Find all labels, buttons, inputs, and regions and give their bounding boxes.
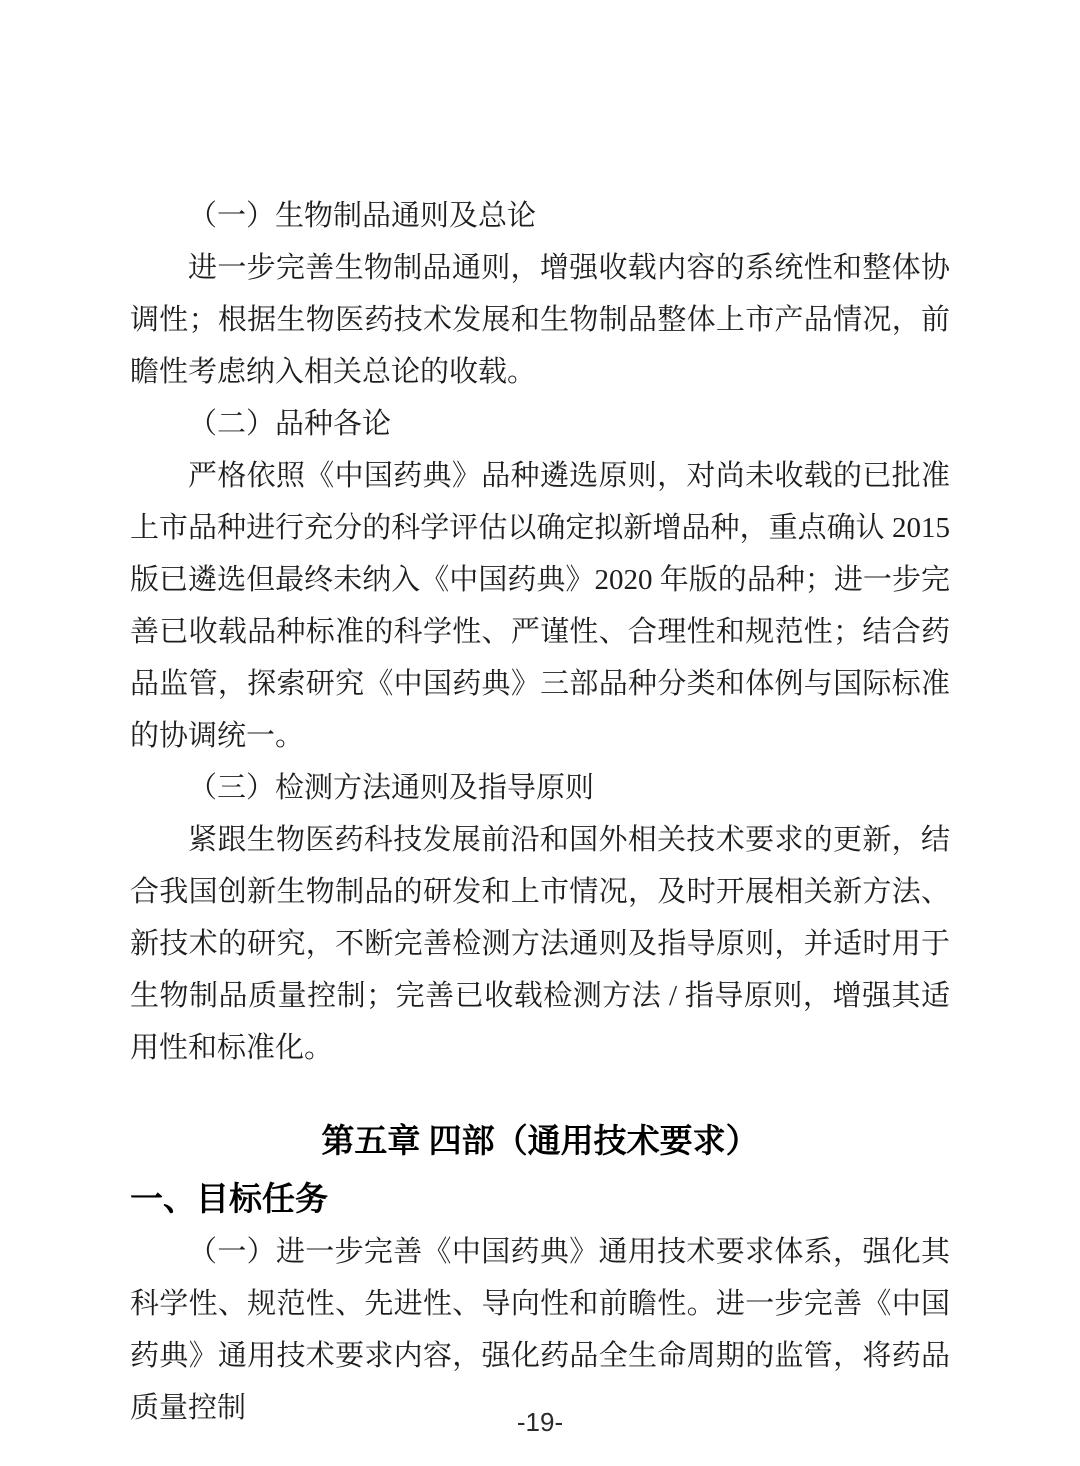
page-number: -19- [0,1407,1080,1438]
document-page: （一）生物制品通则及总论 进一步完善生物制品通则，增强收载内容的系统性和整体协调… [0,0,1080,1466]
paragraph-variety-monographs: 严格依照《中国药典》品种遴选原则，对尚未收载的已批准上市品种进行充分的科学评估以… [130,450,950,762]
paragraph-testing-methods: 紧跟生物医药科技发展前沿和国外相关技术要求的更新，结合我国创新生物制品的研发和上… [130,814,950,1074]
subheading-testing-methods: （三）检测方法通则及指导原则 [130,762,950,814]
paragraph-goals-tasks: （一）进一步完善《中国药典》通用技术要求体系，强化其科学性、规范性、先进性、导向… [130,1226,950,1434]
subheading-variety-monographs: （二）品种各论 [130,398,950,450]
paragraph-biologics-general-rules: 进一步完善生物制品通则，增强收载内容的系统性和整体协调性；根据生物医药技术发展和… [130,242,950,398]
section-heading-goals-tasks: 一、目标任务 [130,1174,950,1226]
document-content: （一）生物制品通则及总论 进一步完善生物制品通则，增强收载内容的系统性和整体协调… [130,190,950,1434]
subheading-biologics-general-rules: （一）生物制品通则及总论 [130,190,950,242]
chapter-heading: 第五章 四部（通用技术要求） [130,1116,950,1168]
